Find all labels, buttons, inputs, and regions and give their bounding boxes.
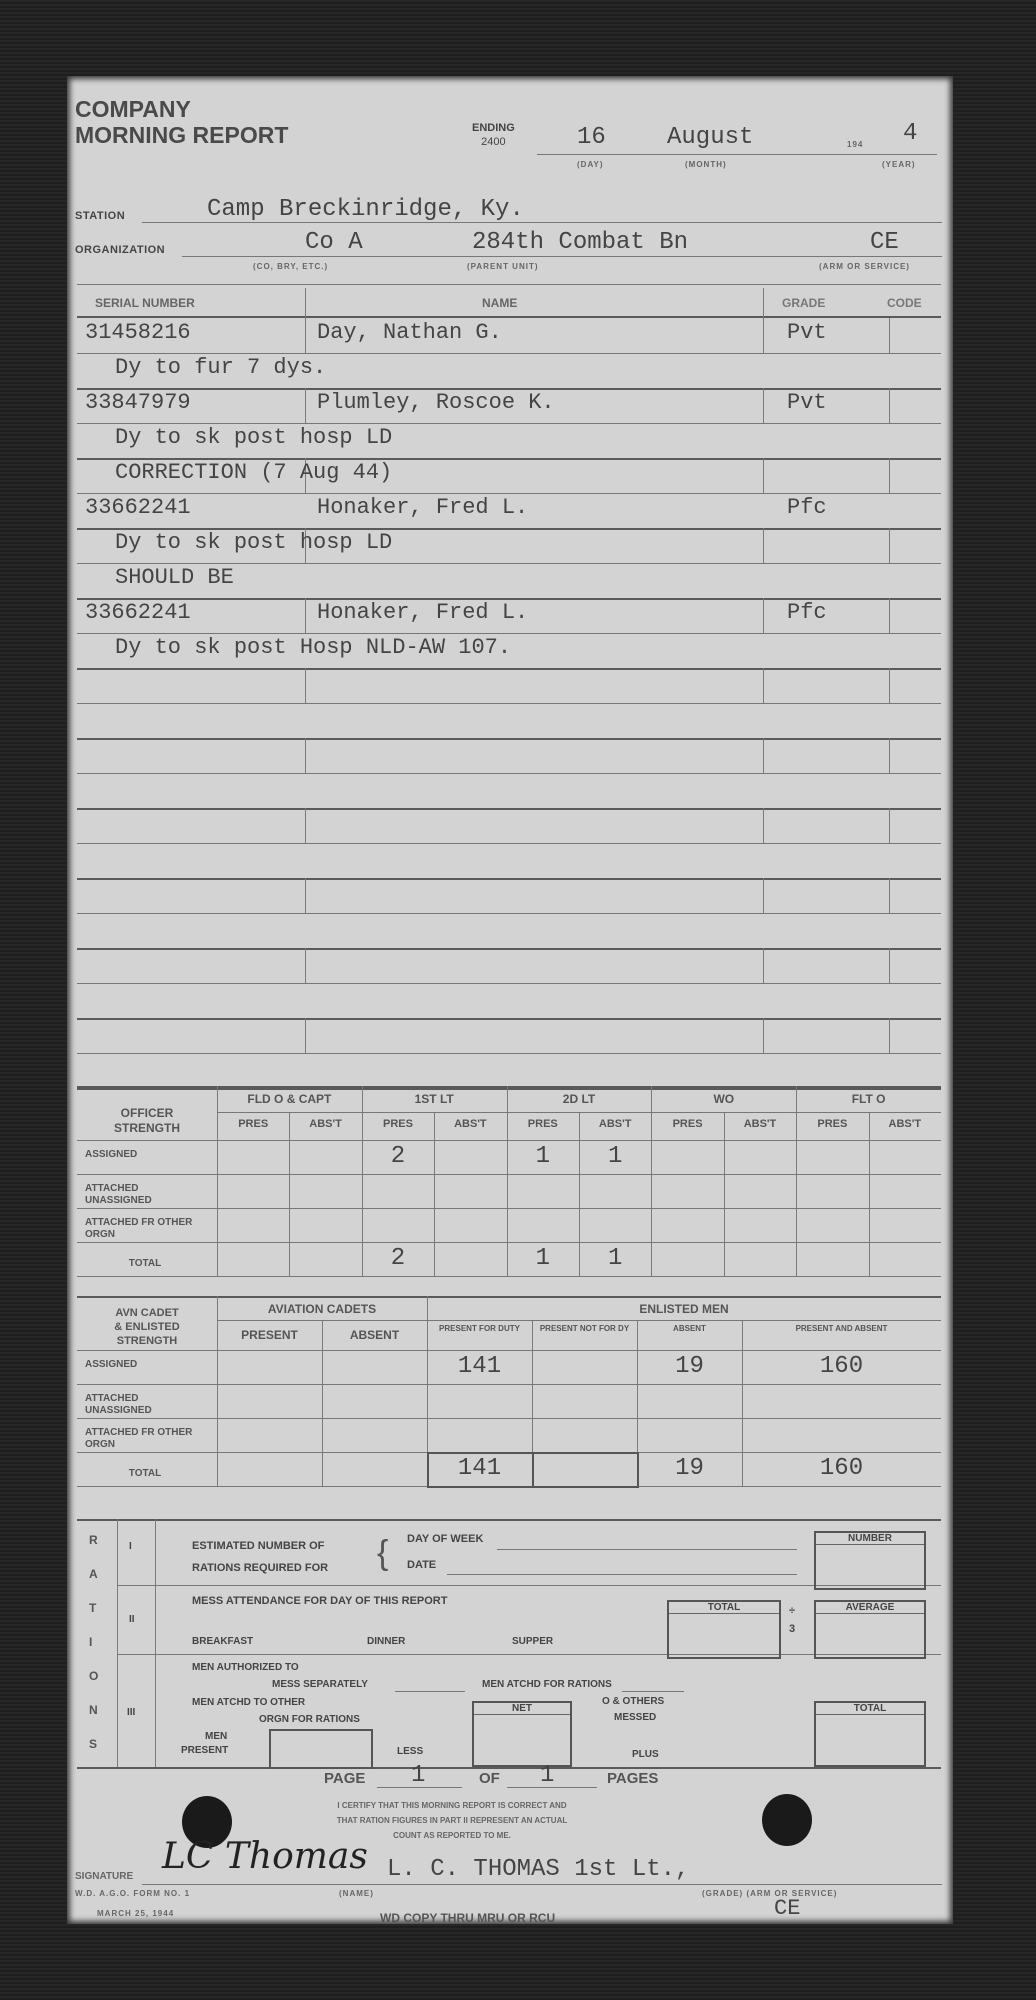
station-value: Camp Breckinridge, Ky. — [207, 196, 524, 223]
rations-total-box[interactable]: TOTAL — [814, 1701, 926, 1767]
breakfast-label: BREAKFAST — [192, 1636, 253, 1647]
enlisted-count-cell[interactable]: 141 — [427, 1353, 532, 1380]
serial-number: 33662241 — [85, 600, 191, 625]
remark-text: Dy to sk post hosp LD — [115, 425, 392, 450]
officer-group-header: 1ST LT — [362, 1092, 507, 1106]
officer-subheader: PRES — [507, 1118, 579, 1130]
enlisted-row-label: ATTACHED FR OTHER ORGN — [85, 1427, 205, 1451]
officer-count-cell[interactable]: 2 — [362, 1143, 434, 1170]
enlisted-count-cell[interactable]: 160 — [742, 1353, 941, 1380]
rations-side-letter: N — [89, 1703, 98, 1717]
organization-label: ORGANIZATION — [75, 244, 165, 256]
soldier-name: Honaker, Fred L. — [317, 600, 528, 625]
serial-number: 33662241 — [85, 495, 191, 520]
mess-attendance-label: MESS ATTENDANCE FOR DAY OF THIS REPORT — [192, 1595, 447, 1607]
officer-row-label: ASSIGNED — [85, 1149, 205, 1161]
enlisted-row-label: ASSIGNED — [85, 1359, 205, 1371]
officer-group-header: FLD O & CAPT — [217, 1092, 362, 1106]
aviation-cadets-header: AVIATION CADETS — [217, 1302, 427, 1316]
officer-row-label: ATTACHED UNASSIGNED — [85, 1183, 205, 1207]
rations-side-letter: I — [89, 1635, 92, 1649]
organization-underline — [182, 256, 942, 257]
part-i-text: ESTIMATED NUMBER OF RATIONS REQUIRED FOR — [192, 1535, 328, 1579]
morning-report-form: COMPANY MORNING REPORT ENDING 2400 16 Au… — [67, 76, 953, 1924]
soldier-name: Honaker, Fred L. — [317, 495, 528, 520]
rations-side-letter: A — [89, 1567, 98, 1581]
form-title: COMPANY MORNING REPORT — [75, 96, 288, 148]
roster-table: SERIAL NUMBER NAME GRADE CODE 31458216Da… — [77, 288, 941, 1083]
part-iii-label: III — [127, 1707, 135, 1718]
enlisted-count-cell[interactable]: 160 — [742, 1455, 941, 1482]
enlisted-col-header: ABSENT — [322, 1328, 427, 1342]
day-of-week-label: DAY OF WEEK — [407, 1533, 483, 1545]
station-label: STATION — [75, 210, 125, 222]
part-i-label: I — [129, 1541, 132, 1552]
total-pages: 1 — [540, 1762, 554, 1789]
soldier-name: Plumley, Roscoe K. — [317, 390, 555, 415]
roster-line: 33662241Honaker, Fred L.Pfc — [77, 495, 941, 530]
enlisted-count-cell[interactable]: 19 — [637, 1455, 742, 1482]
copy-note: WD COPY THRU MRU OR RCU — [380, 1911, 555, 1925]
officer-strength-title: OFFICERSTRENGTH — [77, 1106, 217, 1136]
report-day: 16 — [577, 124, 606, 151]
roster-line: Dy to sk post Hosp NLD-AW 107. — [77, 635, 941, 670]
officer-count-cell[interactable]: 1 — [579, 1143, 651, 1170]
page-label: PAGE — [324, 1770, 365, 1787]
officer-subheader: ABS'T — [289, 1118, 361, 1130]
roster-top-rule — [77, 284, 941, 285]
divide-sign: ÷ — [789, 1605, 795, 1617]
organization-parent: 284th Combat Bn — [472, 229, 688, 256]
title-line-1: COMPANY — [75, 96, 288, 122]
enlisted-col-header: ABSENT — [637, 1324, 742, 1333]
form-number: W.D. A.G.O. FORM NO. 1 — [75, 1889, 190, 1898]
officer-count-cell[interactable]: 1 — [507, 1143, 579, 1170]
roster-line: 31458216Day, Nathan G.Pvt — [77, 320, 941, 355]
year-caption: (YEAR) — [882, 160, 916, 169]
parent-caption: (PARENT UNIT) — [467, 262, 539, 271]
rations-side-letter: T — [89, 1601, 96, 1615]
rations-section: RATIONS I II III ESTIMATED NUMBER OF RAT… — [77, 1519, 941, 1769]
roster-line: Dy to sk post hosp LD — [77, 425, 941, 460]
organization-unit: Co A — [305, 229, 363, 256]
roster-line: 33662241Honaker, Fred L.Pfc — [77, 600, 941, 635]
signature-underline — [142, 1884, 942, 1885]
day-caption: (DAY) — [577, 160, 603, 169]
enlisted-men-header: ENLISTED MEN — [427, 1302, 941, 1316]
enlisted-row-label: ATTACHED UNASSIGNED — [85, 1393, 205, 1417]
remark-text: Dy to sk post hosp LD — [115, 530, 392, 555]
soldier-grade: Pvt — [787, 320, 827, 345]
brace-icon: { — [377, 1533, 388, 1573]
officer-subheader: ABS'T — [724, 1118, 796, 1130]
roster-line: SHOULD BE — [77, 565, 941, 600]
enlisted-col-header: PRESENT AND ABSENT — [742, 1324, 941, 1333]
roster-line: Dy to fur 7 dys. — [77, 355, 941, 390]
signer-arm: CE — [774, 1896, 800, 1921]
soldier-grade: Pfc — [787, 600, 827, 625]
officer-subheader: ABS'T — [869, 1118, 941, 1130]
officer-subheader: PRES — [651, 1118, 723, 1130]
year-prefix: 194 — [847, 140, 863, 149]
officer-subheader: ABS'T — [579, 1118, 651, 1130]
officer-subheader: PRES — [362, 1118, 434, 1130]
enlisted-col-header: PRESENT — [217, 1328, 322, 1342]
arm-caption: (ARM OR SERVICE) — [819, 262, 910, 271]
rations-side-letter: R — [89, 1533, 98, 1547]
supper-label: SUPPER — [512, 1636, 553, 1647]
serial-number: 31458216 — [85, 320, 191, 345]
enlisted-col-header: PRESENT FOR DUTY — [427, 1324, 532, 1333]
month-caption: (MONTH) — [685, 160, 727, 169]
date-underline — [537, 154, 937, 155]
page-number: 1 — [411, 1762, 425, 1789]
enlisted-strength-table: AVN CADET& ENLISTEDSTRENGTHAVIATION CADE… — [77, 1296, 941, 1518]
typed-name: L. C. THOMAS 1st Lt., — [387, 1856, 689, 1883]
date-label: DATE — [407, 1559, 436, 1571]
pages-label: PAGES — [607, 1770, 658, 1787]
rations-side-letter: O — [89, 1669, 98, 1683]
rations-side-letter: S — [89, 1737, 97, 1751]
enlisted-row-label: TOTAL — [85, 1468, 205, 1480]
officer-count-cell[interactable]: 1 — [507, 1245, 579, 1272]
handwritten-signature: LC Thomas — [162, 1836, 368, 1877]
officer-group-header: FLT O — [796, 1092, 941, 1106]
officer-row-label: TOTAL — [85, 1258, 205, 1270]
average-box[interactable]: AVERAGE — [814, 1600, 926, 1659]
officer-row-label: ATTACHED FR OTHER ORGN — [85, 1217, 205, 1241]
unit-caption: (CO, BRY, ETC.) — [253, 262, 328, 271]
report-year: 4 — [903, 120, 917, 147]
col-grade: GRADE — [782, 296, 825, 310]
remark-text: CORRECTION (7 Aug 44) — [115, 460, 392, 485]
grade-caption: (GRADE) (ARM OR SERVICE) — [702, 1889, 837, 1898]
binder-hole-right — [762, 1794, 812, 1846]
ending-label: ENDING 2400 — [472, 121, 515, 149]
col-serial-number: SERIAL NUMBER — [95, 296, 195, 310]
officer-group-header: 2D LT — [507, 1092, 652, 1106]
enlisted-col-header: PRESENT NOT FOR DY — [532, 1324, 637, 1333]
soldier-name: Day, Nathan G. — [317, 320, 502, 345]
number-box[interactable]: NUMBER — [814, 1531, 926, 1590]
col-name: NAME — [482, 296, 517, 310]
roster-line: 33847979Plumley, Roscoe K.Pvt — [77, 390, 941, 425]
officer-strength-table: OFFICERSTRENGTHFLD O & CAPTPRESABS'T1ST … — [77, 1086, 941, 1301]
enlisted-strength-title: AVN CADET& ENLISTEDSTRENGTH — [77, 1306, 217, 1348]
divide-three: 3 — [789, 1623, 795, 1635]
officer-count-cell[interactable]: 1 — [579, 1245, 651, 1272]
officer-group-header: WO — [651, 1092, 796, 1106]
form-date: MARCH 25, 1944 — [97, 1909, 174, 1918]
of-label: OF — [479, 1770, 500, 1787]
name-caption: (NAME) — [339, 1889, 374, 1898]
col-code: CODE — [887, 296, 922, 310]
men-present-box[interactable] — [269, 1729, 373, 1769]
dinner-label: DINNER — [367, 1636, 405, 1647]
organization-arm: CE — [870, 229, 899, 256]
mess-total-box[interactable]: TOTAL — [667, 1600, 781, 1659]
officer-count-cell[interactable]: 2 — [362, 1245, 434, 1272]
enlisted-count-cell[interactable]: 19 — [637, 1353, 742, 1380]
officer-subheader: PRES — [796, 1118, 868, 1130]
soldier-grade: Pvt — [787, 390, 827, 415]
title-line-2: MORNING REPORT — [75, 122, 288, 148]
remark-text: Dy to sk post Hosp NLD-AW 107. — [115, 635, 511, 660]
net-box[interactable]: NET — [472, 1701, 572, 1767]
serial-number: 33847979 — [85, 390, 191, 415]
soldier-grade: Pfc — [787, 495, 827, 520]
part-ii-label: II — [129, 1614, 135, 1625]
remark-text: SHOULD BE — [115, 565, 234, 590]
signature-label: SIGNATURE — [75, 1871, 133, 1882]
officer-subheader: PRES — [217, 1118, 289, 1130]
roster-line: Dy to sk post hosp LD — [77, 530, 941, 565]
remark-text: Dy to fur 7 dys. — [115, 355, 326, 380]
officer-subheader: ABS'T — [434, 1118, 506, 1130]
station-underline — [142, 222, 942, 223]
roster-line: CORRECTION (7 Aug 44) — [77, 460, 941, 495]
report-month: August — [667, 124, 753, 151]
